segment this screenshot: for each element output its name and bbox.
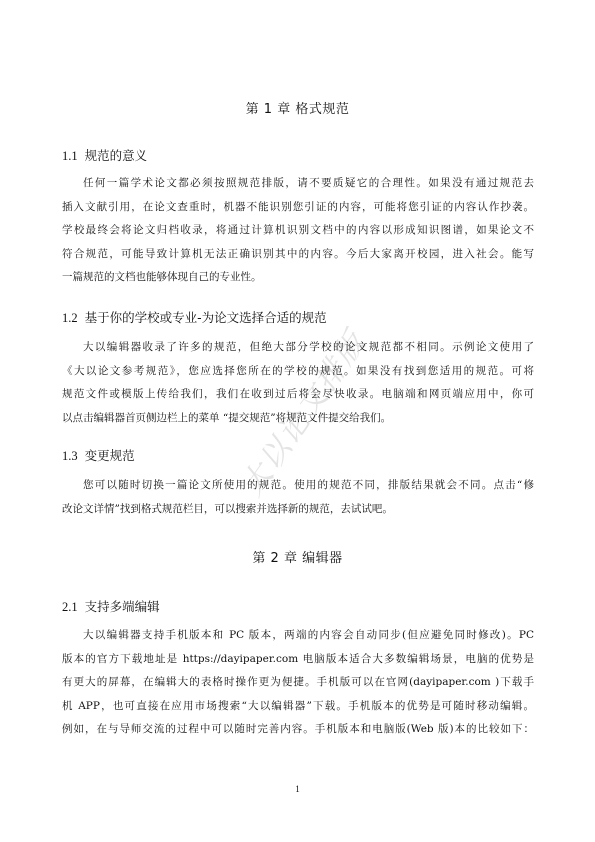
section-title-text: 基于你的学校或专业-为论文选择合适的规范 xyxy=(85,310,327,325)
paragraph-line: 大以编辑器支持手机版本和 PC 版本，两端的内容会自动同步(但应避免同时修改)。… xyxy=(62,624,534,648)
section-title-text: 规范的意义 xyxy=(85,148,148,163)
section-1-1-heading: 1.1规范的意义 xyxy=(62,146,147,164)
section-1-1-paragraph: 任何一篇学术论文都必须按照规范排版，请不要质疑它的合理性。如果没有通过规范去 插… xyxy=(62,172,534,290)
page-number: 1 xyxy=(0,784,595,794)
section-number: 2.1 xyxy=(62,600,78,614)
section-2-1-paragraph: 大以编辑器支持手机版本和 PC 版本，两端的内容会自动同步(但应避免同时修改)。… xyxy=(62,624,534,742)
paragraph-line: 一篇规范的文档也能够体现自己的专业性。 xyxy=(62,266,534,290)
paragraph-line: 改论文详情”找到格式规范栏目，可以搜索并选择新的规范，去试试吧。 xyxy=(62,498,534,522)
section-number: 1.1 xyxy=(62,149,78,163)
paragraph-line: 有更大的屏幕，在编辑大的表格时操作更为便捷。手机版可以在官网(dayipaper… xyxy=(62,671,534,695)
document-page: 大以论文排版 第 1 章 格式规范 1.1规范的意义 任何一篇学术论文都必须按照… xyxy=(0,0,595,842)
section-1-2-heading: 1.2基于你的学校或专业-为论文选择合适的规范 xyxy=(62,308,327,326)
section-1-3-paragraph: 您可以随时切换一篇论文所使用的规范。使用的规范不同，排版结果就会不同。点击“修 … xyxy=(62,474,534,521)
section-number: 1.3 xyxy=(62,449,78,463)
paragraph-line: 您可以随时切换一篇论文所使用的规范。使用的规范不同，排版结果就会不同。点击“修 xyxy=(62,474,534,498)
paragraph-line: 机 APP，也可直接在应用市场搜索“大以编辑器”下载。手机版本的优势是可随时移动… xyxy=(62,695,534,719)
chapter-1-title: 第 1 章 格式规范 xyxy=(0,98,595,117)
chapter-2-title: 第 2 章 编辑器 xyxy=(0,547,595,566)
paragraph-line: 以点击编辑器首页侧边栏上的菜单 “提交规范”将规范文件提交给我们。 xyxy=(62,407,534,431)
section-title-text: 支持多端编辑 xyxy=(85,599,160,614)
section-number: 1.2 xyxy=(62,311,78,325)
paragraph-line: 学校最终会将论文归档收录，将通过计算机识别文档中的内容以形成知识图谱，如果论文不 xyxy=(62,219,534,243)
section-2-1-heading: 2.1支持多端编辑 xyxy=(62,597,160,615)
section-1-2-paragraph: 大以编辑器收录了许多的规范，但绝大部分学校的论文规范都不相同。示例论文使用了 《… xyxy=(62,336,534,430)
paragraph-line: 插入文献引用，在论文查重时，机器不能识别您引证的内容，可能将您引证的内容认作抄袭… xyxy=(62,196,534,220)
paragraph-line: 大以编辑器收录了许多的规范，但绝大部分学校的论文规范都不相同。示例论文使用了 xyxy=(62,336,534,360)
paragraph-line: 《大以论文参考规范》，您应选择您所在的学校的规范。如果没有找到您适用的规范。可将 xyxy=(62,360,534,384)
section-title-text: 变更规范 xyxy=(85,448,135,463)
paragraph-line: 符合规范，可能导致计算机无法正确识别其中的内容。今后大家离开校园，进入社会。能写 xyxy=(62,243,534,267)
paragraph-line: 版本的官方下载地址是 https://dayipaper.com 电脑版本适合大… xyxy=(62,648,534,672)
paragraph-line: 规范文件或模版上传给我们，我们在收到过后将会尽快收录。电脑端和网页端应用中，你可 xyxy=(62,383,534,407)
section-1-3-heading: 1.3变更规范 xyxy=(62,446,135,464)
paragraph-line: 任何一篇学术论文都必须按照规范排版，请不要质疑它的合理性。如果没有通过规范去 xyxy=(62,172,534,196)
paragraph-line: 例如，在与导师交流的过程中可以随时完善内容。手机版本和电脑版(Web 版)本的比… xyxy=(62,718,534,742)
